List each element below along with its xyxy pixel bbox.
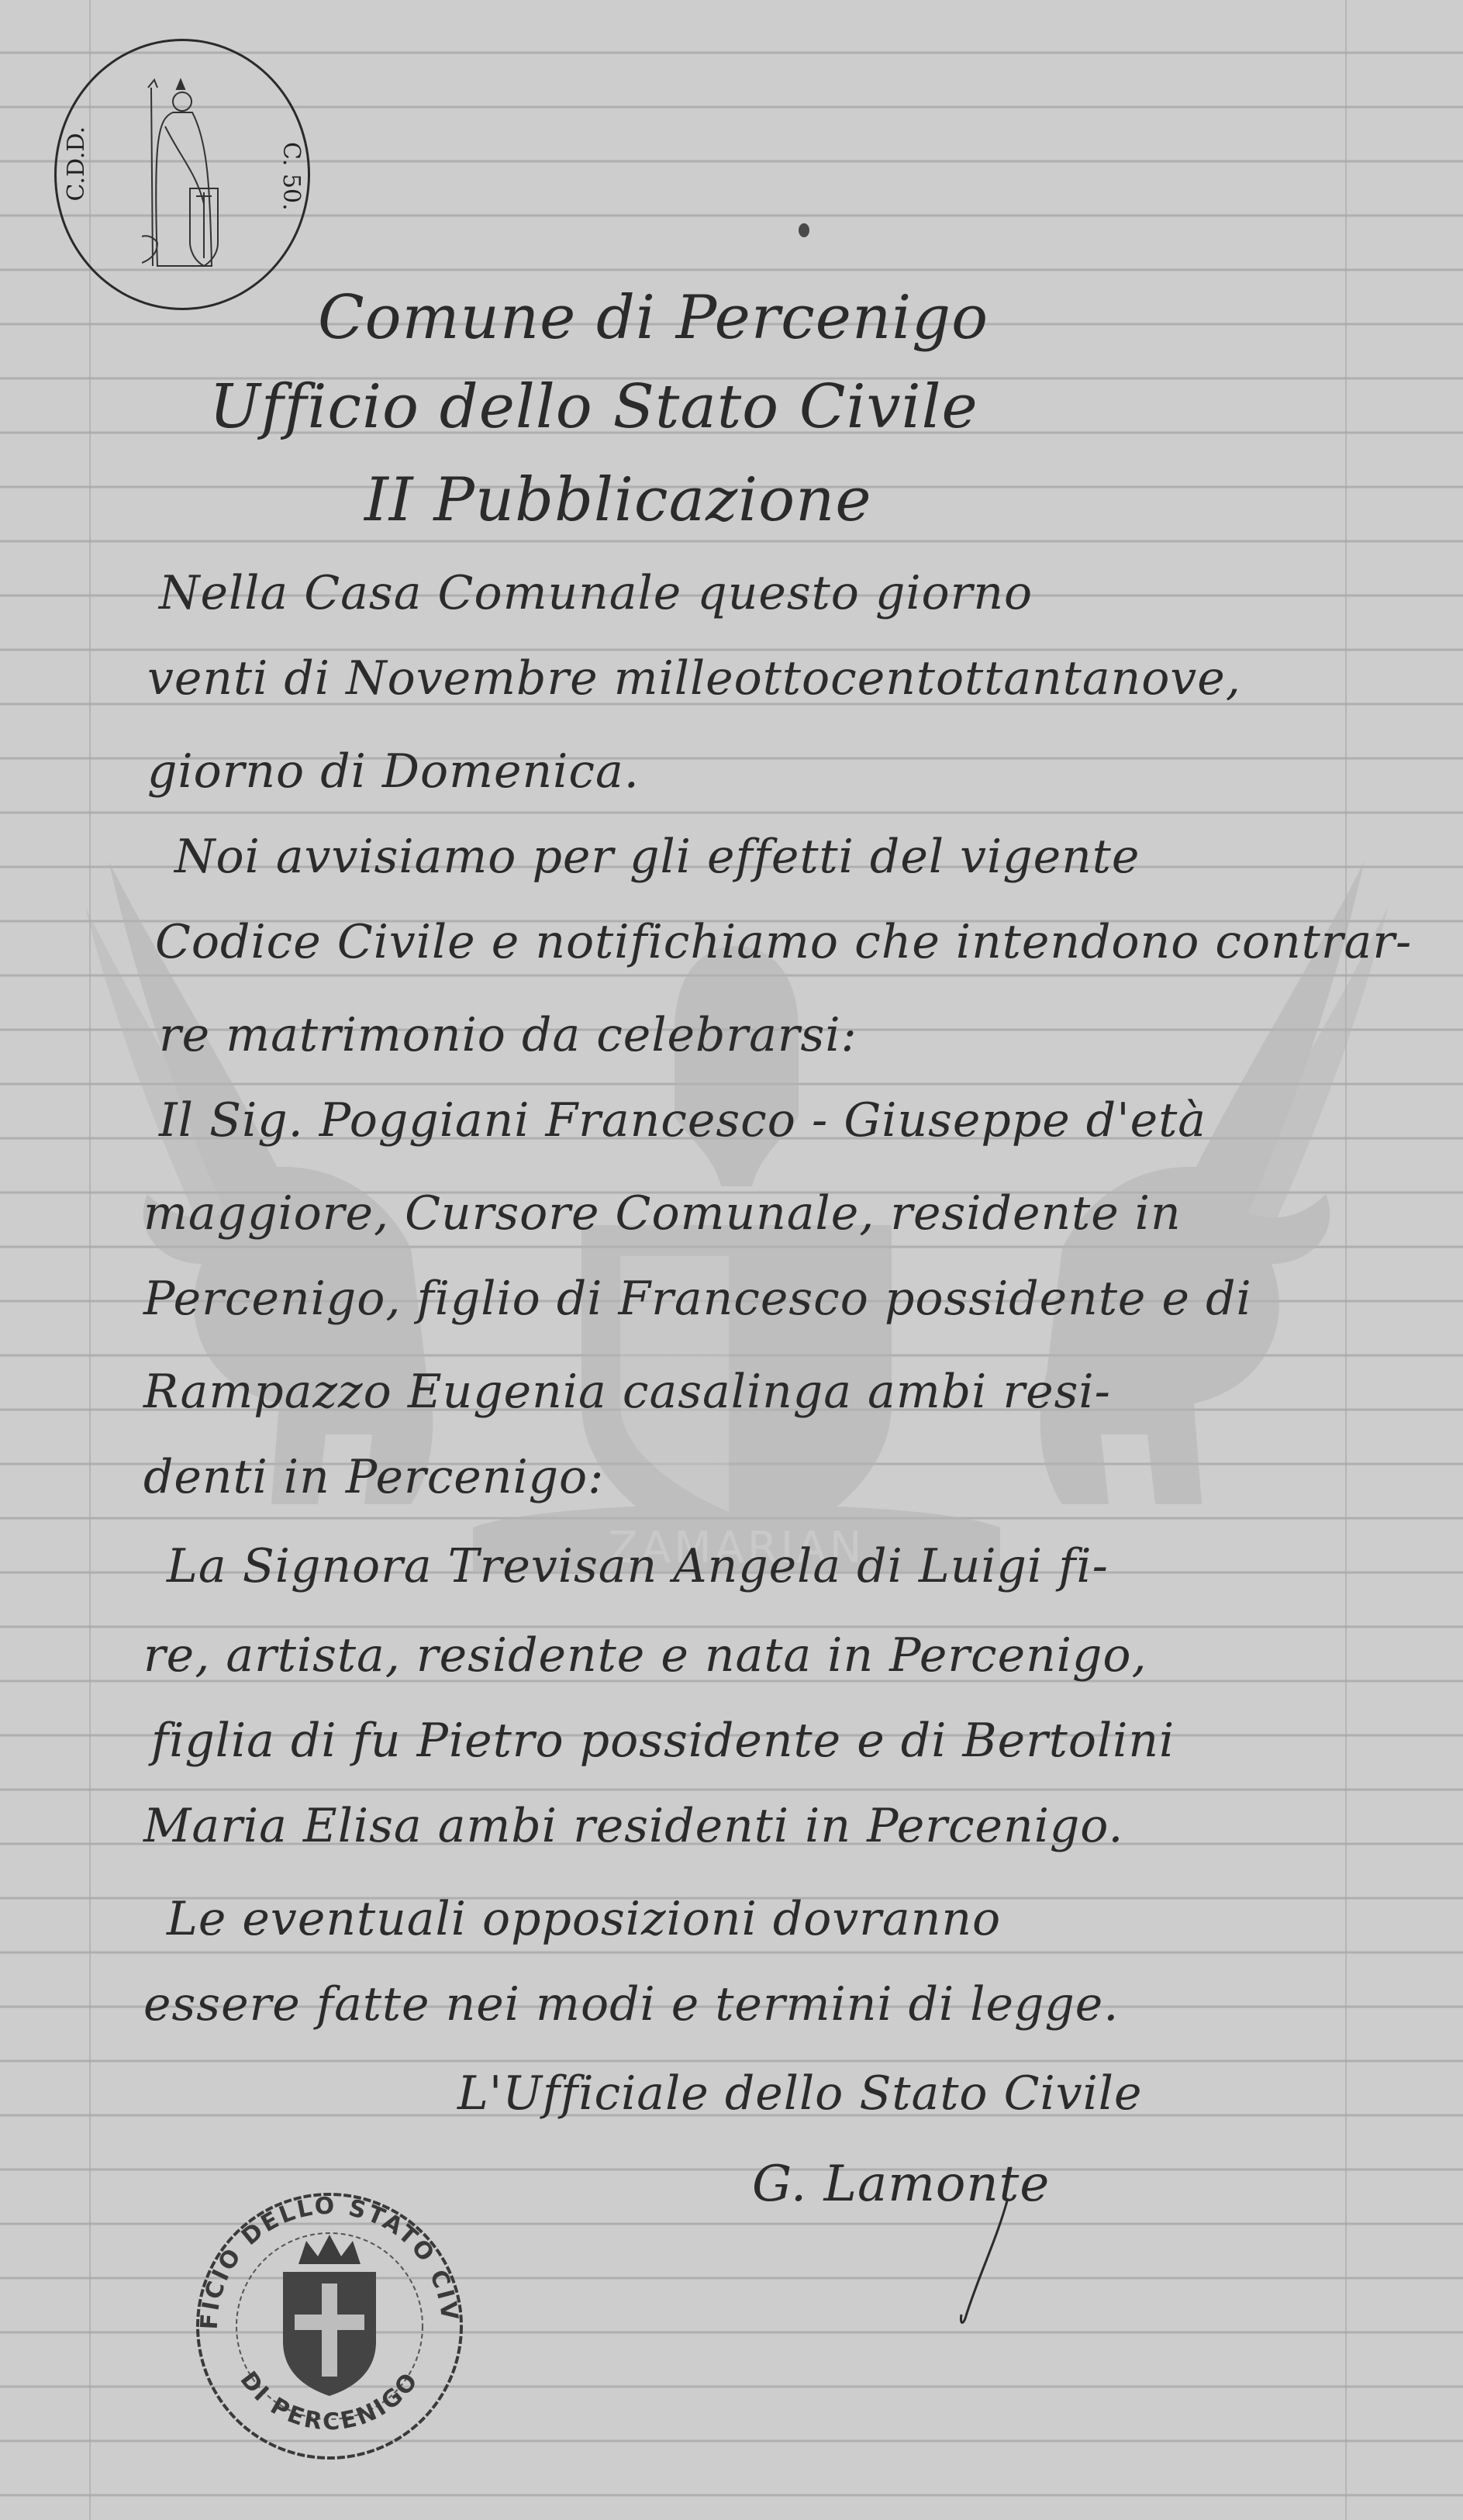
body-line-5: Codice Civile e notifichiamo che intendo…: [155, 915, 1412, 969]
revenue-stamp: C.D.D. C. 50.: [54, 39, 310, 310]
body-line-17: essere fatte nei modi e termini di legge…: [143, 1977, 1119, 2032]
italia-turrita-figure-icon: [142, 72, 219, 281]
body-line-12: La Signora Trevisan Angela di Luigi fi-: [167, 1539, 1109, 1593]
signature-role: L'Ufficiale dello Stato Civile: [457, 2066, 1143, 2121]
heading-municipality: Comune di Percenigo: [318, 283, 989, 353]
official-civil-registry-stamp-icon: UFFICIO DELLO STATO CIVILE DI PERCENIGO: [182, 2179, 477, 2466]
body-line-7: Il Sig. Poggiani Francesco - Giuseppe d'…: [159, 1093, 1206, 1148]
body-line-15: Maria Elisa ambi residenti in Percenigo.: [143, 1799, 1123, 1853]
body-line-16: Le eventuali opposizioni dovranno: [167, 1892, 1001, 1946]
ink-blot: [799, 223, 809, 237]
body-line-1: Nella Casa Comunale questo giorno: [159, 566, 1033, 620]
body-line-2: venti di Novembre milleottocentottantano…: [147, 651, 1241, 706]
body-line-13: re, artista, residente e nata in Perceni…: [143, 1628, 1147, 1683]
body-line-6: re matrimonio da celebrarsi:: [159, 1008, 857, 1062]
body-line-8: maggiore, Cursore Comunale, residente in: [143, 1186, 1182, 1241]
body-line-9: Percenigo, figlio di Francesco possident…: [143, 1272, 1252, 1326]
heading-title: II Pubblicazione: [364, 465, 871, 535]
revenue-stamp-left-legend: C.D.D.: [63, 126, 94, 201]
body-line-3: giorno di Domenica.: [147, 744, 640, 799]
body-line-10: Rampazzo Eugenia casalinga ambi resi-: [143, 1365, 1111, 1419]
body-line-11: denti in Percenigo:: [143, 1450, 604, 1504]
body-line-4: Noi avvisiamo per gli effetti del vigent…: [174, 830, 1140, 884]
revenue-stamp-value: C. 50.: [274, 142, 305, 211]
heading-office: Ufficio dello Stato Civile: [209, 372, 978, 442]
body-line-14: figlia di fu Pietro possidente e di Bert…: [151, 1714, 1175, 1768]
signature-flourish-icon: [954, 2194, 1016, 2326]
